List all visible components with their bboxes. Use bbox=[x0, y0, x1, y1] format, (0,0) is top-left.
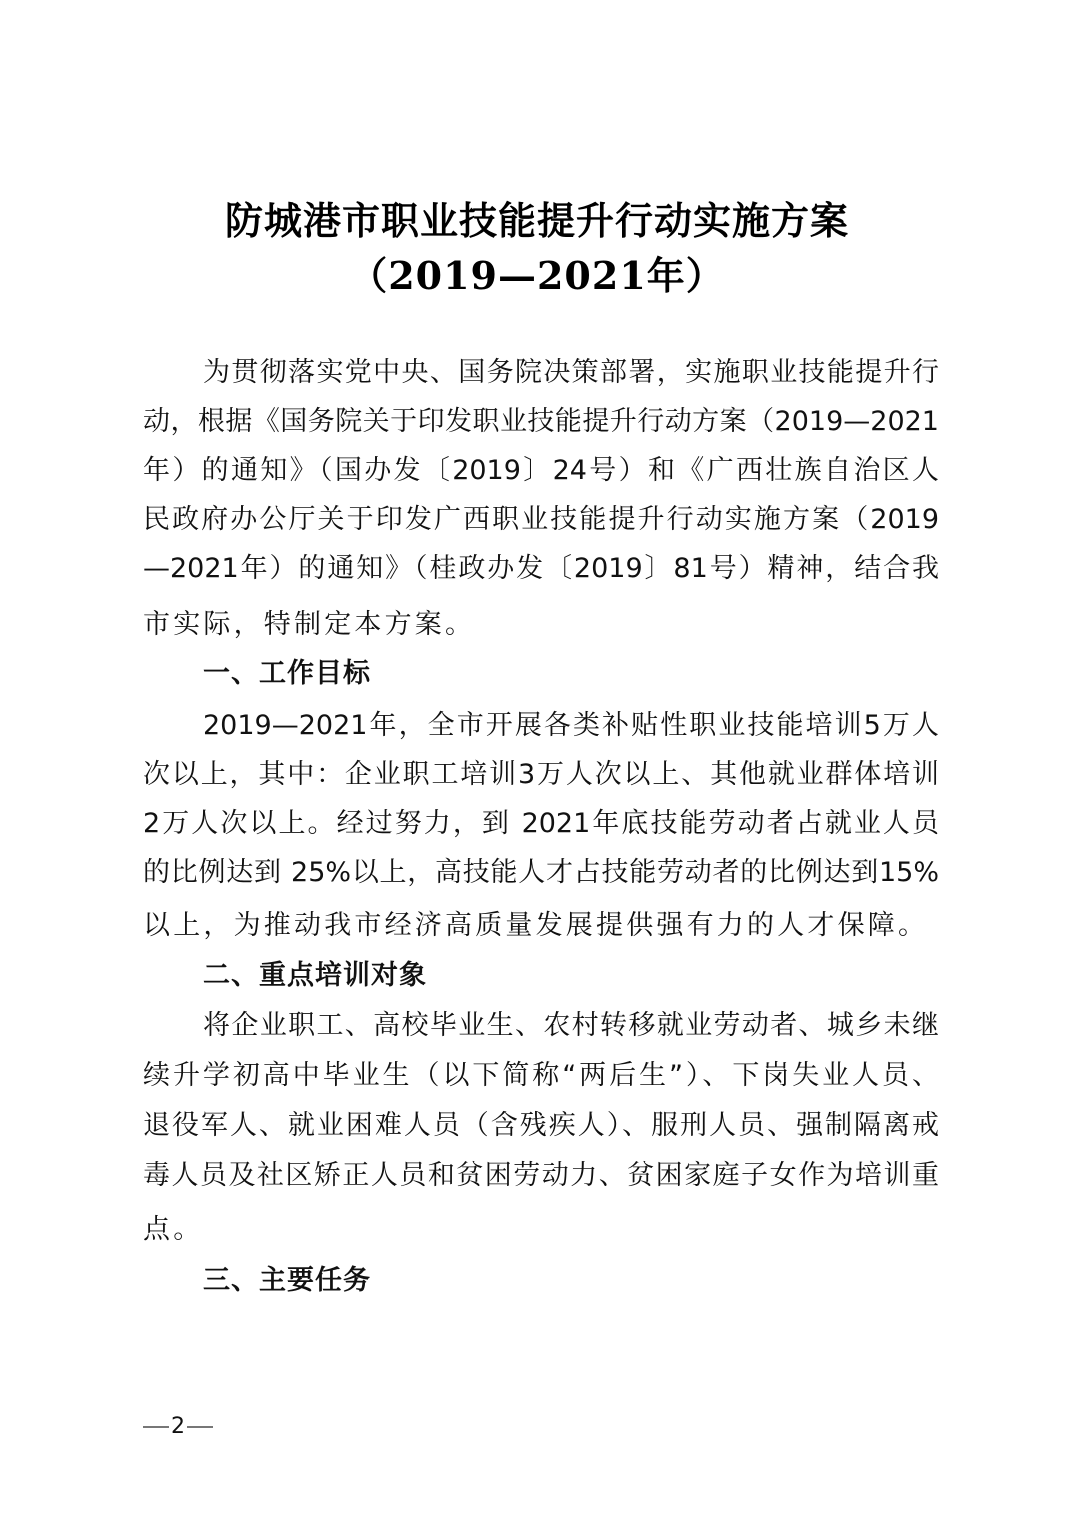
goals-paragraph-line: 2万人次以上。经过努力，到 2021年底技能劳动者占就业人员 bbox=[143, 806, 939, 842]
intro-paragraph-line: —2021年）的通知》（桂政办发〔2019〕81号）精神，结合我 bbox=[143, 551, 939, 587]
page-number: 2 bbox=[143, 1414, 213, 1439]
page-number-dash-left bbox=[143, 1426, 169, 1428]
page-number-value: 2 bbox=[171, 1414, 185, 1439]
goals-paragraph-line: 次以上，其中：企业职工培训3万人次以上、其他就业群体培训 bbox=[143, 757, 939, 793]
targets-paragraph-line: 将企业职工、高校毕业生、农村转移就业劳动者、城乡未继 bbox=[203, 1008, 939, 1044]
intro-paragraph-line: 市实际，特制定本方案。 bbox=[143, 607, 939, 643]
goals-paragraph-line: 2019—2021年，全市开展各类补贴性职业技能培训5万人 bbox=[203, 708, 939, 744]
targets-paragraph-line: 退役军人、就业困难人员（含残疾人）、服刑人员、强制隔离戒 bbox=[143, 1108, 939, 1144]
intro-paragraph-line: 动，根据《国务院关于印发职业技能提升行动方案（2019—2021 bbox=[143, 404, 939, 440]
section-heading-training-targets: 二、重点培训对象 bbox=[203, 958, 427, 994]
intro-paragraph-line: 年）的通知》（国办发〔2019〕24号）和《广西壮族自治区人 bbox=[143, 453, 939, 489]
targets-paragraph-line: 续升学初高中毕业生（以下简称“两后生”）、下岗失业人员、 bbox=[143, 1058, 939, 1094]
goals-paragraph-line: 以上，为推动我市经济高质量发展提供强有力的人才保障。 bbox=[143, 908, 939, 944]
targets-paragraph-line: 毒人员及社区矫正人员和贫困劳动力、贫困家庭子女作为培训重 bbox=[143, 1158, 939, 1194]
page-number-dash-right bbox=[187, 1426, 213, 1428]
section-heading-main-tasks: 三、主要任务 bbox=[203, 1263, 371, 1299]
goals-paragraph-line: 的比例达到 25%以上，高技能人才占技能劳动者的比例达到15% bbox=[143, 855, 939, 891]
intro-paragraph-line: 民政府办公厅关于印发广西职业技能提升行动实施方案（2019 bbox=[143, 502, 939, 538]
document-subtitle-years: （2019—2021年） bbox=[0, 245, 1074, 300]
intro-paragraph-line: 为贯彻落实党中央、国务院决策部署，实施职业技能提升行 bbox=[203, 355, 939, 391]
targets-paragraph-line: 点。 bbox=[143, 1212, 939, 1248]
document-title: 防城港市职业技能提升行动实施方案 bbox=[0, 190, 1074, 245]
section-heading-goals: 一、工作目标 bbox=[203, 656, 371, 692]
